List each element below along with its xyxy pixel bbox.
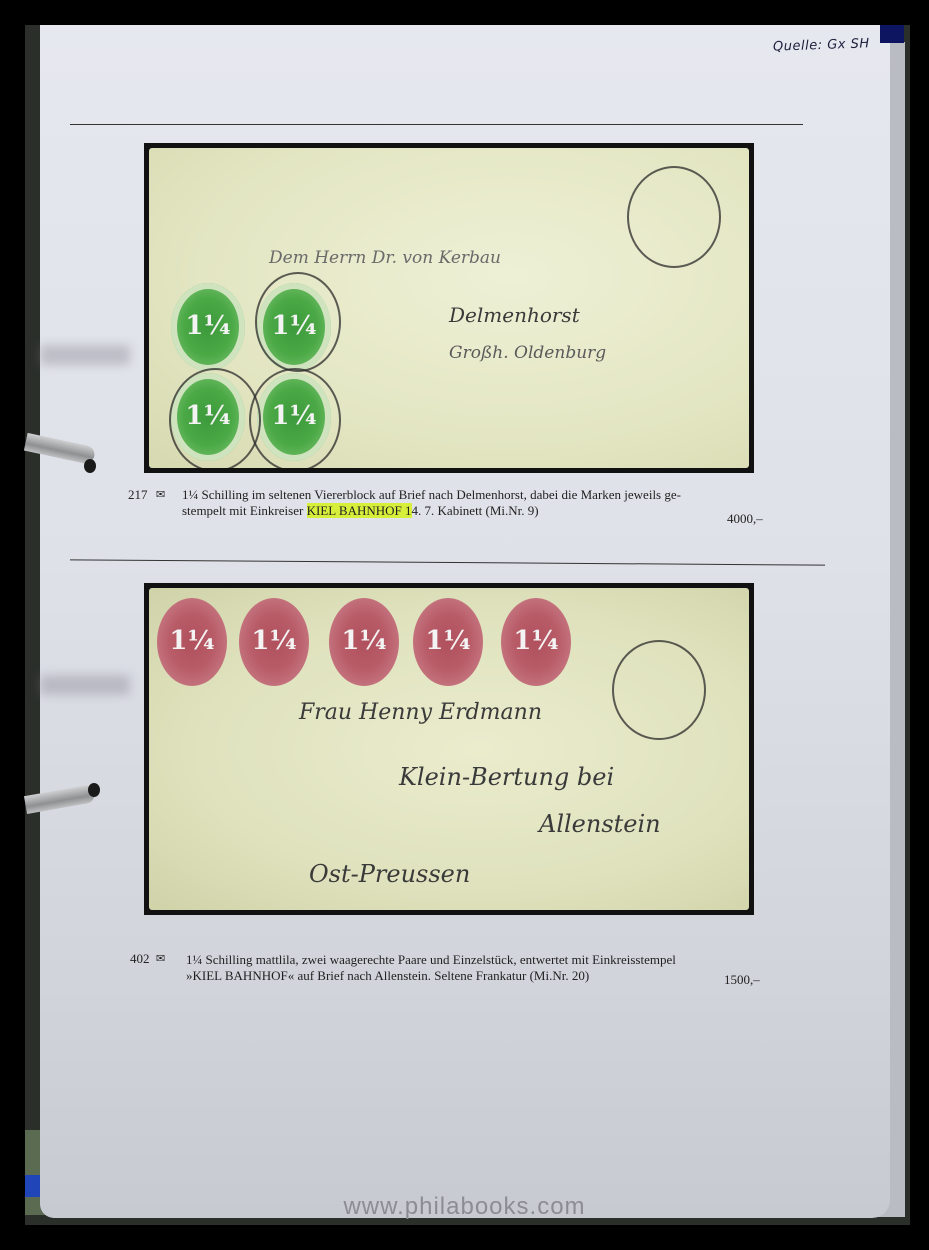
highlighted-text: KIEL BAHNHOF 1 — [307, 503, 412, 518]
stamp: 1¼ — [413, 598, 483, 686]
stamp: 1¼ — [239, 598, 309, 686]
stamp: 1¼ — [171, 283, 245, 371]
ring-shadow — [40, 345, 130, 365]
watermark: www.philabooks.com — [0, 1193, 929, 1221]
envelope-icon: ✉ — [156, 488, 165, 501]
description-line: »KIEL BAHNHOF« auf Brief nach Allenstein… — [186, 968, 786, 984]
punch-hole — [84, 459, 96, 473]
address-line: Dem Herrn Dr. von Kerbau — [269, 248, 501, 268]
postmark — [249, 368, 341, 468]
address-line: Großh. Oldenburg — [449, 343, 606, 363]
description-line: 1¼ Schilling mattlila, zwei waagerechte … — [186, 952, 786, 968]
envelope-icon: ✉ — [156, 952, 165, 965]
ring-shadow — [40, 675, 130, 695]
stamp: 1¼ — [157, 598, 227, 686]
address-line: Frau Henny Erdmann — [299, 700, 542, 725]
lot-402-photo[interactable]: 1¼ 1¼ 1¼ 1¼ 1¼ Frau Henny Erdmann Klein-… — [144, 583, 754, 915]
cover-envelope: 1¼ 1¼ 1¼ 1¼ Dem Herrn Dr. von Kerbau Del… — [149, 148, 749, 468]
text-span: 4. 7. Kabinett (Mi.Nr. 9) — [412, 503, 539, 518]
text-span: stempelt mit Einkreiser — [182, 503, 307, 518]
stamp: 1¼ — [501, 598, 571, 686]
address-line: Klein-Bertung bei — [399, 763, 614, 791]
lot-description: 1¼ Schilling im seltenen Viererblock auf… — [182, 487, 782, 519]
postmark — [169, 368, 261, 468]
page-corner — [880, 25, 904, 43]
description-line: stempelt mit Einkreiser KIEL BAHNHOF 14.… — [182, 503, 782, 519]
lot-217-photo[interactable]: 1¼ 1¼ 1¼ 1¼ Dem Herrn Dr. von Kerbau Del… — [144, 143, 754, 473]
address-line: Delmenhorst — [449, 303, 580, 327]
lot-number: 402 — [130, 951, 150, 967]
lot-number: 217 — [128, 487, 148, 503]
address-line: Allenstein — [539, 810, 661, 838]
lot-description: 1¼ Schilling mattlila, zwei waagerechte … — [186, 952, 786, 984]
description-line: 1¼ Schilling im seltenen Viererblock auf… — [182, 487, 782, 503]
lot-price: 4000,– — [727, 511, 763, 527]
cover-envelope: 1¼ 1¼ 1¼ 1¼ 1¼ Frau Henny Erdmann Klein-… — [149, 588, 749, 910]
postmark-kiel-bahnhof — [627, 166, 721, 268]
postmark — [255, 272, 341, 372]
postmark-kiel-bahnhof — [612, 640, 706, 740]
address-line: Ost-Preussen — [309, 860, 470, 888]
top-divider — [70, 124, 803, 125]
stamp: 1¼ — [329, 598, 399, 686]
lot-price: 1500,– — [724, 972, 760, 988]
punch-hole — [88, 783, 100, 797]
